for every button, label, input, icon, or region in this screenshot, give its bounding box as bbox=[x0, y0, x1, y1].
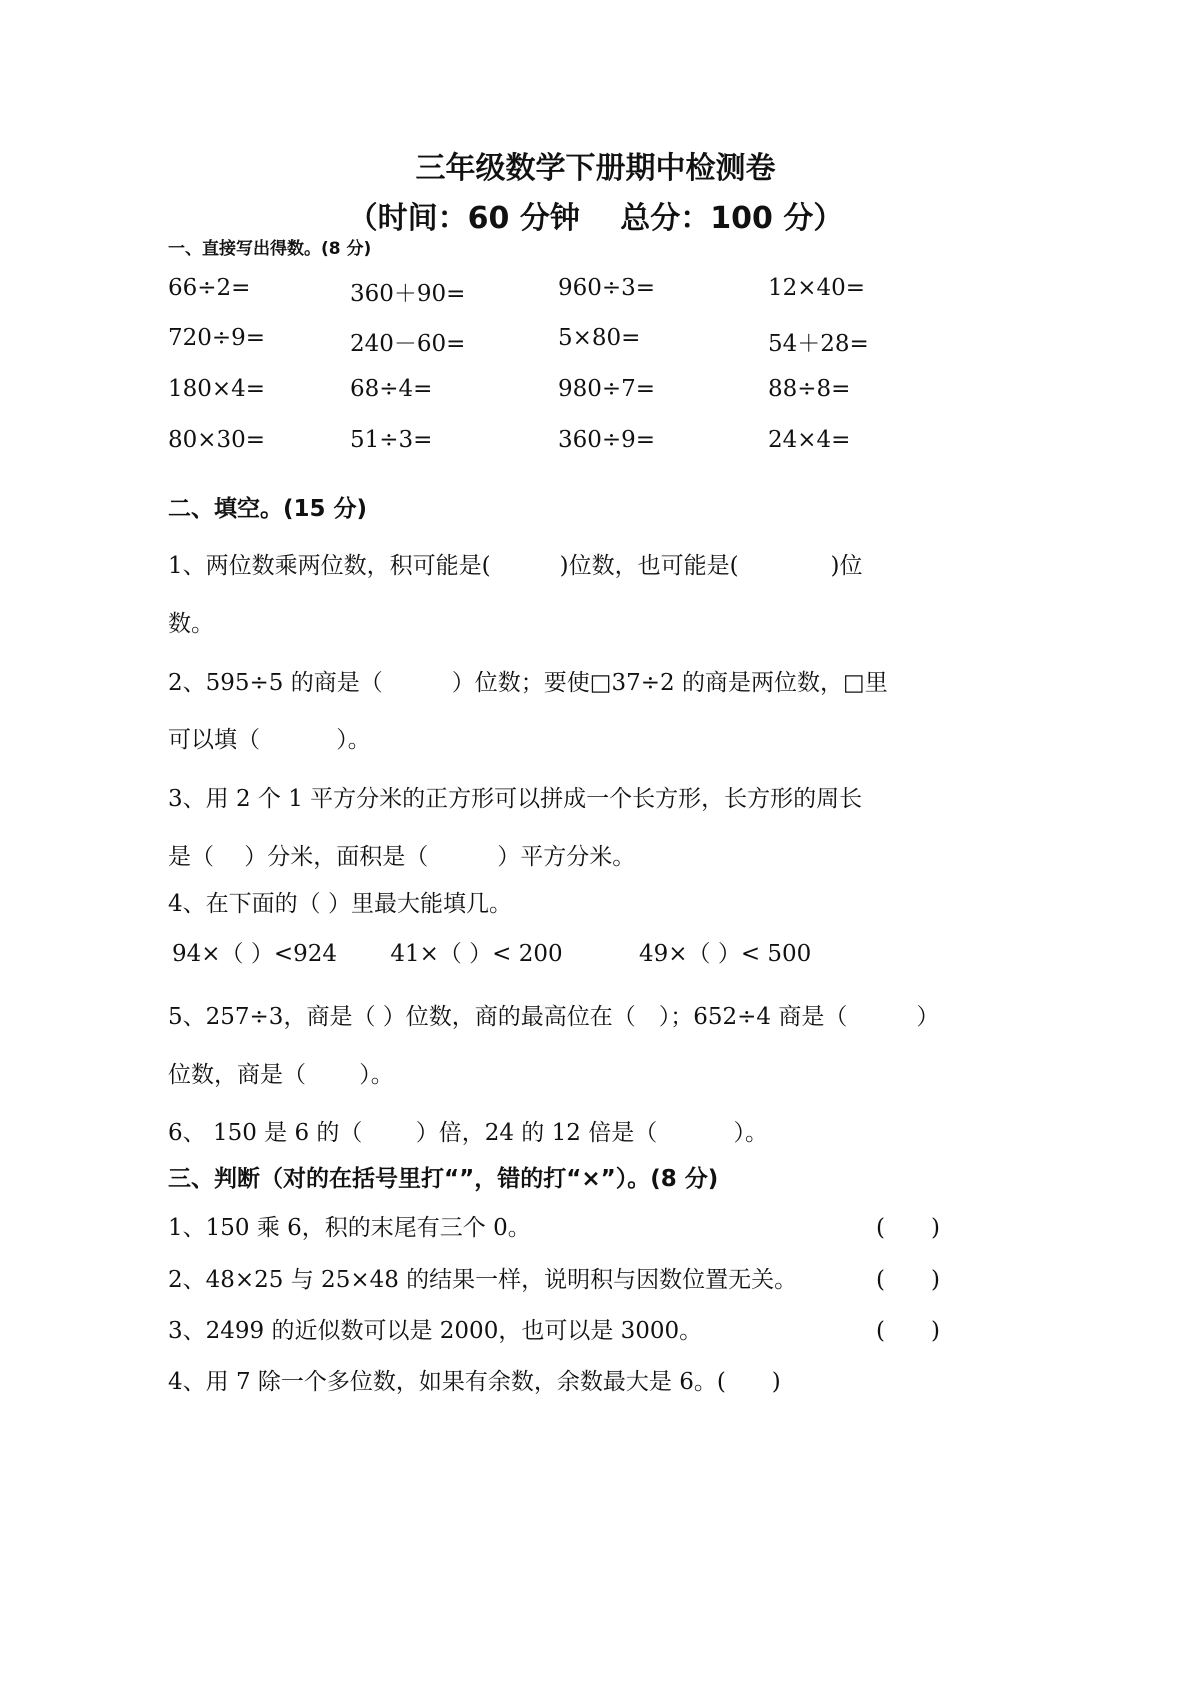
fill-line: 6、 150 是 6 的（ ）倍，24 的 12 倍是（ ）。 bbox=[168, 1114, 768, 1147]
fill-line: 2、595÷5 的商是（ ）位数；要使□37÷2 的商是两位数，□里 bbox=[168, 664, 888, 697]
page-subtitle: （时间：60 分钟 总分：100 分） bbox=[0, 193, 1191, 237]
calc-item: 51÷3= bbox=[350, 427, 432, 453]
section1-heading: 一、直接写出得数。(8 分) bbox=[168, 234, 371, 259]
calc-item: 360÷9= bbox=[558, 427, 655, 453]
calc-item: 24×4= bbox=[768, 427, 850, 453]
calc-item: 68÷4= bbox=[350, 376, 432, 402]
section2-heading: 二、填空。(15 分) bbox=[168, 490, 367, 523]
calc-item: 12×40= bbox=[768, 275, 865, 301]
section3-heading: 三、判断（对的在括号里打“”，错的打“×”）。(8 分) bbox=[168, 1160, 718, 1193]
judge-item: 2、48×25 与 25×48 的结果一样，说明积与因数位置无关。 bbox=[168, 1261, 797, 1294]
calc-item: 5×80= bbox=[558, 325, 640, 351]
judge-item: 1、150 乘 6，积的末尾有三个 0。 bbox=[168, 1209, 531, 1242]
judge-item: 3、2499 的近似数可以是 2000，也可以是 3000。 bbox=[168, 1312, 702, 1345]
calc-item: 88÷8= bbox=[768, 376, 850, 402]
calc-item: 980÷7= bbox=[558, 376, 655, 402]
fill-line: 位数，商是（ ）。 bbox=[168, 1056, 394, 1089]
page-title: 三年级数学下册期中检测卷 bbox=[0, 143, 1191, 187]
fill-line: 3、用 2 个 1 平方分米的正方形可以拼成一个长方形，长方形的周长 bbox=[168, 780, 862, 813]
judge-item: 4、用 7 除一个多位数，如果有余数，余数最大是 6。( ) bbox=[168, 1363, 781, 1396]
fill-line: 可以填（ ）。 bbox=[168, 721, 371, 754]
judge-bracket: ( ) bbox=[876, 1209, 940, 1242]
calc-item: 180×4= bbox=[168, 376, 265, 402]
fill-line: 4、在下面的（ ）里最大能填几。 bbox=[168, 885, 512, 918]
calc-item: 720÷9= bbox=[168, 325, 265, 351]
judge-bracket: ( ) bbox=[876, 1261, 940, 1294]
fill-line: 是（ ）分米，面积是（ ）平方分米。 bbox=[168, 838, 635, 871]
calc-item: 80×30= bbox=[168, 427, 265, 453]
fill-line: 1、两位数乘两位数，积可能是( )位数，也可能是( )位 bbox=[168, 547, 863, 580]
calc-item: 54＋28= bbox=[768, 325, 869, 358]
fill-line: 5、257÷3，商是（ ）位数，商的最高位在（ ）；652÷4 商是（ ） bbox=[168, 998, 939, 1031]
calc-item: 960÷3= bbox=[558, 275, 655, 301]
fill-line: 数。 bbox=[168, 605, 214, 638]
calc-item: 240－60= bbox=[350, 325, 465, 358]
judge-bracket: ( ) bbox=[876, 1312, 940, 1345]
calc-item: 66÷2= bbox=[168, 275, 250, 301]
fill-line: 94×（ ）<924 41×（ ）< 200 49×（ ）< 500 bbox=[172, 935, 811, 968]
calc-item: 360＋90= bbox=[350, 275, 465, 308]
